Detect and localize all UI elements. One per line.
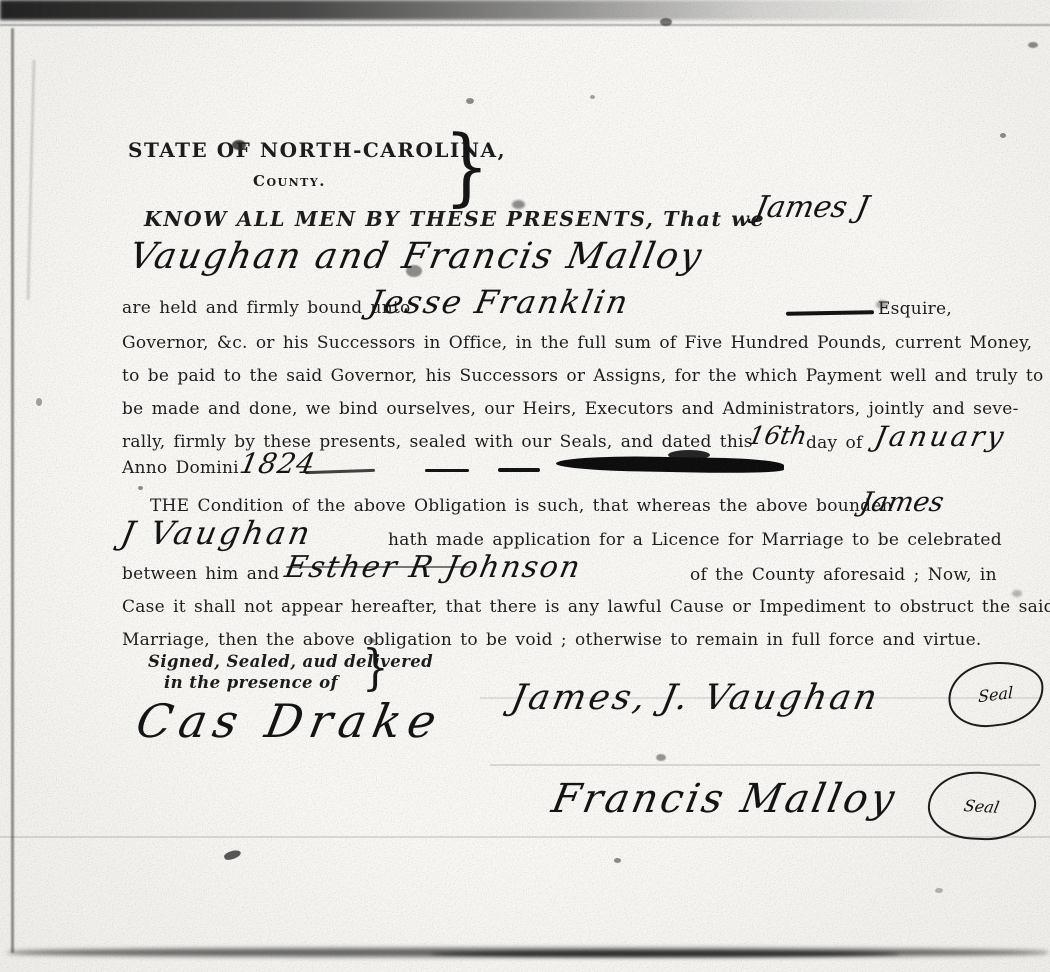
- scan-crease-bottom-dark: [430, 951, 900, 957]
- ink-blot-bump: [668, 450, 710, 460]
- attestation-brace-glyph: }: [362, 643, 389, 694]
- body-line-governor: Governor, &c. or his Successors in Offic…: [122, 333, 1032, 353]
- ink-blot-large: [556, 455, 784, 474]
- handwritten-bride-name: Esther R Johnson: [282, 550, 585, 585]
- between-him-and-label: between him and: [122, 564, 279, 584]
- handwritten-obligors-tail: James J: [752, 190, 872, 225]
- seal-word-vaughan: Seal: [978, 682, 1013, 705]
- condition-line1: THE Condition of the above Obligation is…: [150, 496, 893, 516]
- county-heading: County.: [253, 172, 326, 190]
- seal-word-malloy: Seal: [963, 796, 1002, 817]
- header-brace-glyph: }: [444, 126, 489, 206]
- body-line-made: be made and done, we bind ourselves, our…: [122, 399, 1019, 419]
- signature-james-vaughan: James, J. Vaughan: [508, 678, 883, 718]
- handwritten-obligee-name: Jesse Franklin: [366, 283, 633, 321]
- body-line-paid: to be paid to the said Governor, his Suc…: [122, 366, 1043, 386]
- day-of-label: day of: [806, 433, 863, 453]
- ink-dash-fill-2: [498, 468, 540, 472]
- seal-flourish-malloy: Seal: [926, 769, 1037, 843]
- ink-stroke-through-bride: [286, 566, 471, 568]
- county-aforesaid-clause: of the County aforesaid ; Now, in: [690, 565, 997, 585]
- ink-dash-fill-1: [425, 469, 469, 472]
- body-line-rally: rally, firmly by these presents, sealed …: [122, 432, 753, 452]
- attestation-line1: Signed, Sealed, aud delivered: [148, 652, 433, 671]
- condition-line2: hath made application for a Licence for …: [388, 530, 1002, 550]
- scan-fold-line-top: [0, 24, 1050, 26]
- handwritten-day: 16th: [746, 421, 810, 450]
- handwritten-month: January: [872, 420, 1009, 453]
- know-all-men-line: KNOW ALL MEN BY THESE PRESENTS, That we: [144, 207, 765, 231]
- witness-signature: Cas Drake: [132, 694, 448, 748]
- ink-dash-before-esquire: [786, 310, 874, 316]
- scan-fold-line-lower: [0, 836, 1050, 838]
- handwritten-year: 1824: [237, 447, 319, 480]
- scan-edge-top: [0, 0, 1050, 20]
- scanned-marriage-bond-document: STATE OF NORTH-CAROLINA, County. } KNOW …: [0, 0, 1050, 972]
- attestation-line2: in the presence of: [164, 673, 338, 692]
- condition-line4: Case it shall not appear hereafter, that…: [122, 597, 1050, 617]
- condition-line5: Marriage, then the above obligation to b…: [122, 630, 982, 650]
- esquire-label: Esquire,: [878, 299, 952, 319]
- signature-francis-malloy: Francis Malloy: [548, 776, 901, 822]
- handwritten-groom-first: James: [858, 487, 946, 518]
- ink-flourish-after-year: [305, 469, 375, 474]
- handwritten-groom-rest: J Vaughan: [118, 514, 316, 552]
- seal-flourish-vaughan: Seal: [944, 656, 1047, 731]
- scan-edge-left-secondary: [27, 60, 35, 300]
- anno-domini-label: Anno Domini: [122, 458, 239, 478]
- scan-line-artifact-2: [490, 764, 1040, 766]
- scan-edge-left: [11, 28, 14, 953]
